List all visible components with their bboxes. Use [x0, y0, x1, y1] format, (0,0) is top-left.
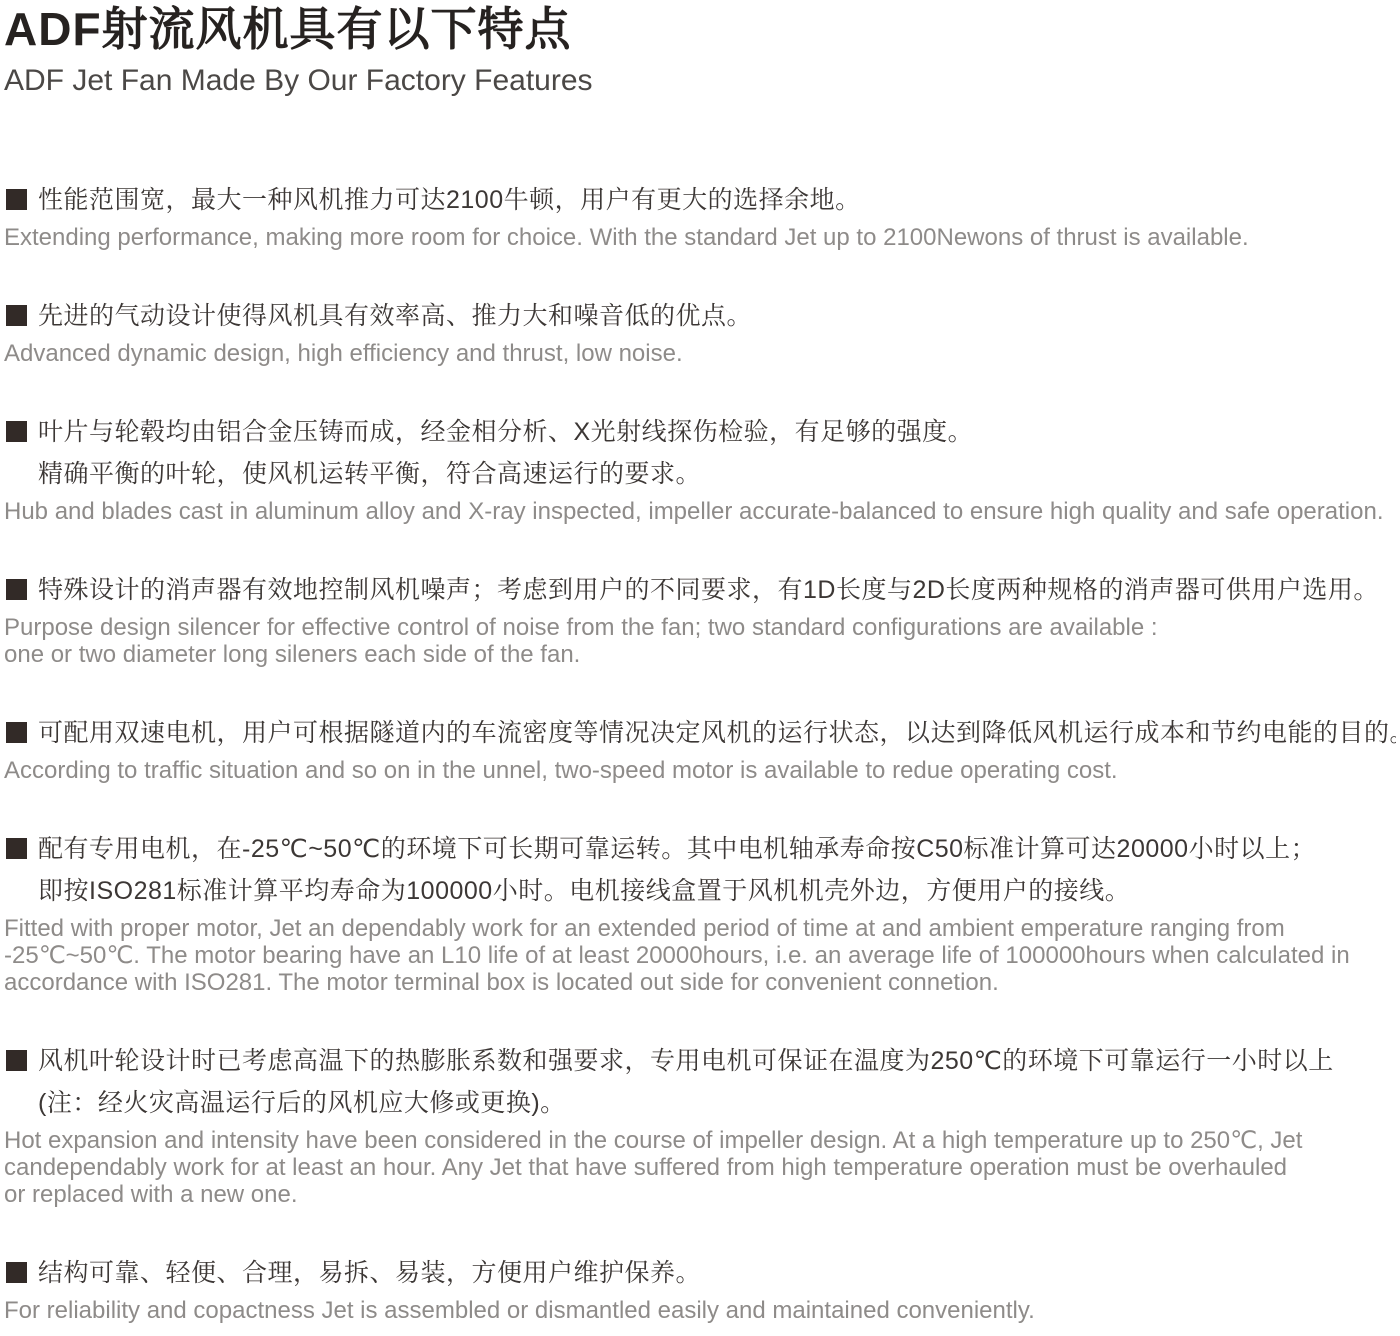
feature-zh-line: 性能范围宽，最大一种风机推力可达2100牛顿，用户有更大的选择余地。	[38, 179, 1396, 221]
feature-proper-motor: 配有专用电机，在-25℃~50℃的环境下可长期可靠运转。其中电机轴承寿命按C50…	[4, 828, 1396, 996]
feature-en-block: According to traffic situation and so on…	[4, 757, 1396, 784]
square-bullet-icon	[6, 579, 27, 600]
feature-en-block: Fitted with proper motor, Jet an dependa…	[4, 915, 1396, 996]
page-title-en: ADF Jet Fan Made By Our Factory Features	[4, 63, 1396, 99]
feature-en-line: -25℃~50℃. The motor bearing have an L10 …	[4, 942, 1396, 969]
document-page: ADF射流风机具有以下特点 ADF Jet Fan Made By Our Fa…	[0, 0, 1400, 1324]
square-bullet-icon	[6, 722, 27, 743]
feature-en-line: accordance with ISO281. The motor termin…	[4, 969, 1396, 996]
feature-en-line: or replaced with a new one.	[4, 1181, 1396, 1208]
feature-zh-line: (注：经火灾高温运行后的风机应大修或更换)。	[38, 1082, 1396, 1124]
feature-zh-line: 先进的气动设计使得风机具有效率高、推力大和噪音低的优点。	[38, 295, 1396, 337]
feature-en-line: Advanced dynamic design, high efficiency…	[4, 340, 1396, 367]
feature-en-block: Purpose design silencer for effective co…	[4, 614, 1396, 668]
square-bullet-icon	[6, 421, 27, 442]
feature-en-line: Fitted with proper motor, Jet an dependa…	[4, 915, 1396, 942]
feature-zh-block: 可配用双速电机，用户可根据隧道内的车流密度等情况决定风机的运行状态，以达到降低风…	[4, 712, 1396, 754]
feature-zh-line: 特殊设计的消声器有效地控制风机噪声；考虑到用户的不同要求，有1D长度与2D长度两…	[38, 569, 1396, 611]
feature-en-line: According to traffic situation and so on…	[4, 757, 1396, 784]
feature-en-block: Hot expansion and intensity have been co…	[4, 1127, 1396, 1208]
feature-zh-block: 先进的气动设计使得风机具有效率高、推力大和噪音低的优点。	[4, 295, 1396, 337]
feature-en-line: Extending performance, making more room …	[4, 224, 1396, 251]
page-title-zh: ADF射流风机具有以下特点	[4, 2, 1396, 57]
feature-en-block: Advanced dynamic design, high efficiency…	[4, 340, 1396, 367]
feature-zh-block: 风机叶轮设计时已考虑高温下的热膨胀系数和强要求，专用电机可保证在温度为250℃的…	[4, 1040, 1396, 1124]
feature-en-block: For reliability and copactness Jet is as…	[4, 1297, 1396, 1324]
feature-zh-line: 风机叶轮设计时已考虑高温下的热膨胀系数和强要求，专用电机可保证在温度为250℃的…	[38, 1040, 1396, 1082]
feature-zh-block: 结构可靠、轻便、合理，易拆、易装，方便用户维护保养。	[4, 1252, 1396, 1294]
feature-hub-blades: 叶片与轮毂均由铝合金压铸而成，经金相分析、X光射线探伤检验，有足够的强度。 精确…	[4, 411, 1396, 525]
square-bullet-icon	[6, 189, 27, 210]
feature-high-temperature: 风机叶轮设计时已考虑高温下的热膨胀系数和强要求，专用电机可保证在温度为250℃的…	[4, 1040, 1396, 1208]
feature-zh-line: 精确平衡的叶轮，使风机运转平衡，符合高速运行的要求。	[38, 453, 1396, 495]
feature-en-line: Hot expansion and intensity have been co…	[4, 1127, 1396, 1154]
feature-zh-block: 性能范围宽，最大一种风机推力可达2100牛顿，用户有更大的选择余地。	[4, 179, 1396, 221]
feature-en-block: Extending performance, making more room …	[4, 224, 1396, 251]
square-bullet-icon	[6, 1262, 27, 1283]
feature-en-block: Hub and blades cast in aluminum alloy an…	[4, 498, 1396, 525]
feature-en-line: Hub and blades cast in aluminum alloy an…	[4, 498, 1396, 525]
square-bullet-icon	[6, 838, 27, 859]
square-bullet-icon	[6, 1050, 27, 1071]
feature-list: 性能范围宽，最大一种风机推力可达2100牛顿，用户有更大的选择余地。 Exten…	[4, 179, 1396, 1324]
feature-dynamic-design: 先进的气动设计使得风机具有效率高、推力大和噪音低的优点。 Advanced dy…	[4, 295, 1396, 367]
feature-performance-range: 性能范围宽，最大一种风机推力可达2100牛顿，用户有更大的选择余地。 Exten…	[4, 179, 1396, 251]
feature-zh-line: 结构可靠、轻便、合理，易拆、易装，方便用户维护保养。	[38, 1252, 1396, 1294]
feature-zh-line: 配有专用电机，在-25℃~50℃的环境下可长期可靠运转。其中电机轴承寿命按C50…	[38, 828, 1396, 870]
feature-two-speed-motor: 可配用双速电机，用户可根据隧道内的车流密度等情况决定风机的运行状态，以达到降低风…	[4, 712, 1396, 784]
feature-zh-block: 特殊设计的消声器有效地控制风机噪声；考虑到用户的不同要求，有1D长度与2D长度两…	[4, 569, 1396, 611]
feature-zh-block: 叶片与轮毂均由铝合金压铸而成，经金相分析、X光射线探伤检验，有足够的强度。 精确…	[4, 411, 1396, 495]
feature-en-line: Purpose design silencer for effective co…	[4, 614, 1396, 641]
feature-zh-line: 即按ISO281标准计算平均寿命为100000小时。电机接线盒置于风机机壳外边，…	[38, 870, 1396, 912]
square-bullet-icon	[6, 305, 27, 326]
feature-en-line: candependably work for at least an hour.…	[4, 1154, 1396, 1181]
feature-silencer: 特殊设计的消声器有效地控制风机噪声；考虑到用户的不同要求，有1D长度与2D长度两…	[4, 569, 1396, 668]
feature-zh-block: 配有专用电机，在-25℃~50℃的环境下可长期可靠运转。其中电机轴承寿命按C50…	[4, 828, 1396, 912]
feature-zh-line: 叶片与轮毂均由铝合金压铸而成，经金相分析、X光射线探伤检验，有足够的强度。	[38, 411, 1396, 453]
feature-en-line: one or two diameter long sileners each s…	[4, 641, 1396, 668]
feature-zh-line: 可配用双速电机，用户可根据隧道内的车流密度等情况决定风机的运行状态，以达到降低风…	[38, 712, 1396, 754]
feature-en-line: For reliability and copactness Jet is as…	[4, 1297, 1396, 1324]
feature-reliability: 结构可靠、轻便、合理，易拆、易装，方便用户维护保养。 For reliabili…	[4, 1252, 1396, 1324]
